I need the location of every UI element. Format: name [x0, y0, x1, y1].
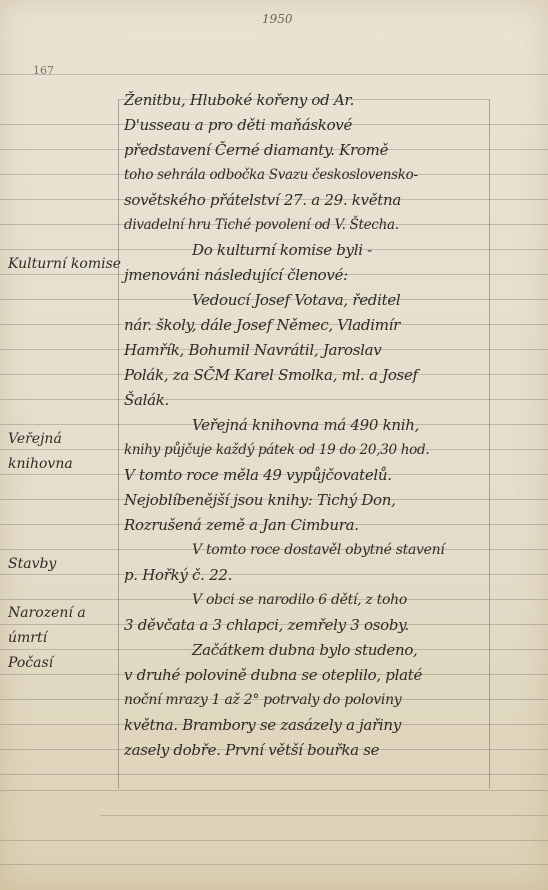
text-line: toho sehrála odbočka Svazu československ…	[124, 163, 486, 188]
margin-note-umrti: úmrtí	[8, 626, 47, 651]
text-line: V obci se narodilo 6 dětí, z toho	[124, 588, 486, 613]
ruled-line	[0, 840, 548, 841]
year-heading: 1950	[262, 12, 293, 26]
margin-note-narozeni: Narození a	[8, 601, 86, 626]
ledger-page: 1950 167 Kulturní komise Veřejná knihovn…	[0, 0, 548, 890]
text-line: Nejoblíbenější jsou knihy: Tichý Don,	[124, 488, 486, 513]
ruled-line	[100, 815, 548, 816]
right-margin-line	[489, 99, 490, 789]
text-line: nár. školy, dále Josef Němec, Vladimír	[124, 313, 486, 338]
text-line: 3 děvčata a 3 chlapci, zemřely 3 osoby.	[124, 613, 486, 638]
text-line: divadelní hru Tiché povolení od V. Štech…	[124, 213, 486, 238]
ruled-line	[0, 774, 548, 775]
text-line: Rozrušená země a Jan Cimbura.	[124, 513, 486, 538]
margin-note-kulturni-komise: Kulturní komise	[8, 252, 121, 277]
ruled-line	[0, 790, 548, 791]
text-line: noční mrazy 1 až 2° potrvaly do poloviny	[124, 688, 486, 713]
left-margin-line	[118, 99, 119, 789]
margin-note-pocasi: Počasí	[8, 651, 53, 676]
margin-note-stavby: Stavby	[8, 552, 56, 577]
text-line: Začátkem dubna bylo studeno,	[124, 638, 486, 663]
handwritten-body: Ženitbu, Hluboké kořeny od Ar. D'usseau …	[124, 88, 486, 763]
text-line: května. Brambory se zasázely a jařiny	[124, 713, 486, 738]
text-line: sovětského přátelství 27. a 29. května	[124, 188, 486, 213]
text-line: Polák, za SČM Karel Smolka, ml. a Josef	[124, 363, 486, 388]
text-line: Ženitbu, Hluboké kořeny od Ar.	[124, 88, 486, 113]
text-line: Hamřík, Bohumil Navrátil, Jaroslav	[124, 338, 486, 363]
margin-note-verejna: Veřejná	[8, 427, 62, 452]
text-line: jmenováni následující členové:	[124, 263, 486, 288]
text-line: p. Hořký č. 22.	[124, 563, 486, 588]
margin-note-knihovna: knihovna	[8, 452, 73, 477]
ruled-line	[0, 74, 548, 75]
text-line: V tomto roce měla 49 vypůjčovatelů.	[124, 463, 486, 488]
text-line: Veřejná knihovna má 490 knih,	[124, 413, 486, 438]
text-line: Vedoucí Josef Votava, ředitel	[124, 288, 486, 313]
page-number: 167	[33, 64, 54, 77]
text-line: knihy půjčuje každý pátek od 19 do 20,30…	[124, 438, 486, 463]
ruled-line	[0, 864, 548, 865]
text-line: zasely dobře. První větší bouřka se	[124, 738, 486, 763]
text-line: Do kulturní komise byli -	[124, 238, 486, 263]
text-line: D'usseau a pro děti maňáskové	[124, 113, 486, 138]
text-line: Šalák.	[124, 388, 486, 413]
text-line: V tomto roce dostavěl obytné stavení	[124, 538, 486, 563]
text-line: představení Černé diamanty. Kromě	[124, 138, 486, 163]
text-line: v druhé polovině dubna se oteplilo, plat…	[124, 663, 486, 688]
